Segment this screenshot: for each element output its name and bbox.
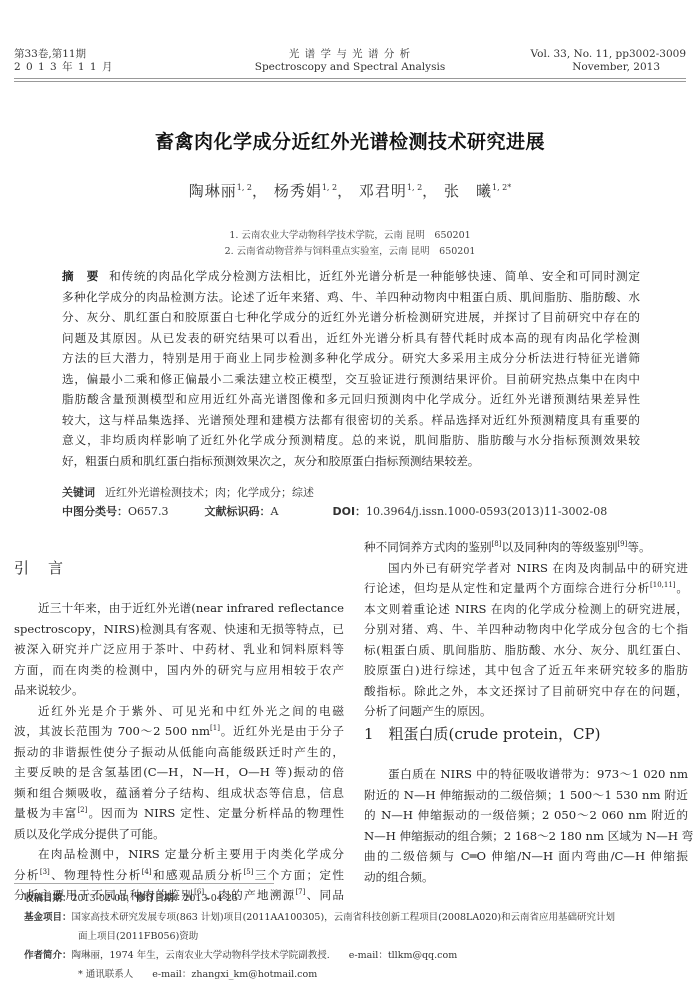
intro-column-left: 近三十年来，由于近红外光谱(near infrared reflectance … [14,598,344,906]
body-line: 本文则着重论述 NIRS 在肉的化学成分检测上的研究进展， [364,599,688,620]
classification-info: 中图分类号：O657.3文献标识码：ADOI：10.3964/j.issn.10… [62,503,607,519]
footnote-corresponding: * 通讯联系人 e-mail：zhangxi_km@hotmail.com [78,966,317,980]
body-line: 振动的非谐振性使分子振动从低能向高能级跃迁时产生的， [14,742,344,763]
citation-marker: [1] [210,724,220,732]
abstract-line: 摘 要和传统的肉品化学成分检测方法相比，近红外光谱分析是一种能够快速、简单、安全… [62,266,640,287]
body-line: 胶原蛋白)进行综述，其中包含了近五年来研究较多的脂肪 [364,660,688,681]
clc-value: O657.3 [128,505,169,518]
author-separator: ， [337,182,353,200]
citation-marker: [10,11] [650,581,676,589]
body-line: 品来说较少。 [14,680,344,701]
author-affil-sup: 1, 2 [407,183,422,192]
body-line: 量极为丰富[2]。因而为 NIRS 定性、定量分析样品的物理性 [14,803,344,824]
footnote-fund-cont: 面上项目(2011FB056)资助 [78,928,198,942]
body-line: N—H 伸缩振动的组合频；2 168～2 180 nm 区域为 N—H 弯 [364,826,688,847]
affiliation-1: 1. 云南农业大学动物科学技术学院，云南 昆明 650201 [0,227,700,241]
section-heading-intro: 引 言 [14,557,65,578]
body-line: 分别对猪、鸡、牛、羊四种动物肉中化学成分包含的七个指 [364,619,688,640]
author-affil-sup: 1, 2* [492,183,511,192]
doc-code-label: 文献标识码： [205,505,271,518]
citation-marker: [2] [77,806,87,814]
header-rule-bottom [14,81,686,82]
abstract-line: 方法的巨大潜力，特别是用于商业上同步检测多种化学成分。研究大多采用主成分分析法进… [62,348,640,369]
body-line: 分析[3]、物理特性分析[4]和感观品质分析[5]三个方面；定性 [14,865,344,886]
author-bio-text: 陶琳丽，1974 年生，云南农业大学动物科学技术学院副教授. e-mail：tl… [72,950,458,961]
keywords-value: 近红外光谱检测技术；肉；化学成分；综述 [105,486,314,499]
body-line: 方面，而在肉类的检测中，国内外的研究与应用相较于农产 [14,660,344,681]
revised-date: 2013-04-25 [183,893,238,904]
body-line: 蛋白质在 NIRS 中的特征吸收谱带为：973～1 020 nm [364,764,688,785]
footnote-fund: 基金项目：国家高技术研究发展专项(863 计划)项目(2011AA100305)… [24,909,615,923]
received-date: 2013-02-03， [72,893,136,904]
citation-marker: [4] [142,868,152,876]
body-line: 动的组合频。 [364,867,688,888]
body-line: 在肉品检测中，NIRS 定量分析主要用于肉类化学成分 [14,844,344,865]
keywords: 关键词近红外光谱检测技术；肉；化学成分；综述 [62,484,314,500]
author-affil-sup: 1, 2 [237,183,252,192]
abstract-line: 脂肪酸含量预测模型和应用近红外高光谱图像和多元回归预测肉中化学成分。近红外光谱预… [62,389,640,410]
header-rule-top [14,78,686,79]
body-line: 近三十年来，由于近红外光谱(near infrared reflectance [14,598,344,619]
citation-marker: [5] [244,868,254,876]
keywords-label: 关键词 [62,486,95,499]
abstract-label: 摘 要 [62,269,99,283]
abstract-line: 多种化学成分的肉品检测方法。论述了近年来猪、鸡、牛、羊四种动物肉中粗蛋白质、肌间… [62,287,640,308]
abstract-line: 问题及其原因。从已发表的研究结果可以看出，近红外光谱分析具有替代耗时成本高的现有… [62,328,640,349]
article-title: 畜禽肉化学成分近红外光谱检测技术研究进展 [0,127,700,154]
abstract-line: 好，粗蛋白质和肌红蛋白指标预测效果次之，灰分和胶原蛋白指标预测结果较差。 [62,451,640,472]
body-line: 的 N—H 伸缩振动的一级倍频；2 050～2 060 nm 附近的 [364,805,688,826]
citation-marker: [8] [492,540,502,548]
citation-marker: [7] [295,888,305,896]
intro-column-right: 种不同饲养方式肉的鉴别[8]以及同种肉的等级鉴别[9]等。 国内外已有研究学者对… [364,537,688,722]
doc-code-value: A [271,505,279,518]
body-line: 曲的二级倍频与 C═O 伸缩/N—H 面内弯曲/C—H 伸缩振 [364,846,688,867]
abstract-line: 较大，这与样品集选择、光谱预处理和建模方法都有很密切的关系。样品选择对近红外预测… [62,410,640,431]
author-bio-label: 作者简介： [24,950,72,961]
revised-label: 修订日期： [136,893,184,904]
author-name: 邓君明 [359,182,407,200]
received-label: 收稿日期： [24,893,72,904]
body-line: 质以及化学成分提供了可能。 [14,824,344,845]
crude-protein-paragraph: 蛋白质在 NIRS 中的特征吸收谱带为：973～1 020 nm 附近的 N—H… [364,764,688,887]
publication-month: November, 2013 [572,61,660,73]
author-name: 张 曦 [444,182,492,200]
volume-pages: Vol. 33, No. 11, pp3002-3009 [531,48,686,60]
fund-text: 国家高技术研究发展专项(863 计划)项目(2011AA100305)，云南省科… [72,912,616,923]
author-list: 陶琳丽1, 2， 杨秀娟1, 2， 邓君明1, 2， 张 曦1, 2* [0,180,700,201]
footnote-rule [14,883,274,884]
body-line: 频和组合频吸收，蕴涵着分子结构、组成状态等信息，信息 [14,783,344,804]
clc-label: 中图分类号： [62,505,128,518]
body-line: 标(粗蛋白质、肌间脂肪、脂肪酸、水分、灰分、肌红蛋白、 [364,640,688,661]
abstract-line: 选，偏最小二乘和修正偏最小二乘法建立校正模型，交互验证进行预测结果评价。目前研究… [62,369,640,390]
body-line: 被深入研究并广泛应用于茶叶、中药材、乳业和饲料原料等 [14,639,344,660]
author-affil-sup: 1, 2 [322,183,337,192]
body-line: 主要反映的是含氢基团(C—H，N—H，O—H 等)振动的倍 [14,762,344,783]
body-line: 近红外光是介于紫外、可见光和中红外光之间的电磁 [14,701,344,722]
body-line: 附近的 N—H 伸缩振动的二级倍频；1 500～1 530 nm 附近 [364,785,688,806]
citation-marker: [9] [617,540,627,548]
section-heading-crude-protein: 1 粗蛋白质(crude protein，CP) [364,723,600,744]
author-name: 杨秀娟 [274,182,322,200]
body-line: 酸指标。除此之外，本文还探讨了目前研究中存在的问题， [364,681,688,702]
body-line: 种不同饲养方式肉的鉴别[8]以及同种肉的等级鉴别[9]等。 [364,537,688,558]
doi-label: DOI： [332,505,366,518]
abstract-line: 意义，非均质肉样影响了近红外化学成分预测精度。总的来说，肌间脂肪、脂肪酸与水分指… [62,430,640,451]
fund-label: 基金项目： [24,912,72,923]
footnote-dates: 收稿日期：2013-02-03，修订日期：2013-04-25 [24,890,238,904]
author-separator: ， [252,182,268,200]
author-name: 陶琳丽 [189,182,237,200]
body-line: 波，其波长范围为 700～2 500 nm[1]。近红外光是由于分子 [14,721,344,742]
author-separator: ， [422,182,438,200]
footnote-author: 作者简介：陶琳丽，1974 年生，云南农业大学动物科学技术学院副教授. e-ma… [24,947,457,961]
abstract-line: 分、灰分、肌红蛋白和胶原蛋白七种化学成分的近红外光谱分析检测研究进展，并探讨了目… [62,307,640,328]
affiliation-2: 2. 云南省动物营养与饲料重点实验室，云南 昆明 650201 [0,243,700,257]
doi-value: 10.3964/j.issn.1000-0593(2013)11-3002-08 [366,505,607,518]
body-line: 国内外已有研究学者对 NIRS 在肉及肉制品中的研究进 [364,558,688,579]
body-line: 分析了问题产生的原因。 [364,701,688,722]
citation-marker: [3] [40,868,50,876]
body-line: 行论述，但均是从定性和定量两个方面综合进行分析[10,11]。 [364,578,688,599]
body-line: spectroscopy，NIRS)检测具有客观、快速和无损等特点，已 [14,619,344,640]
